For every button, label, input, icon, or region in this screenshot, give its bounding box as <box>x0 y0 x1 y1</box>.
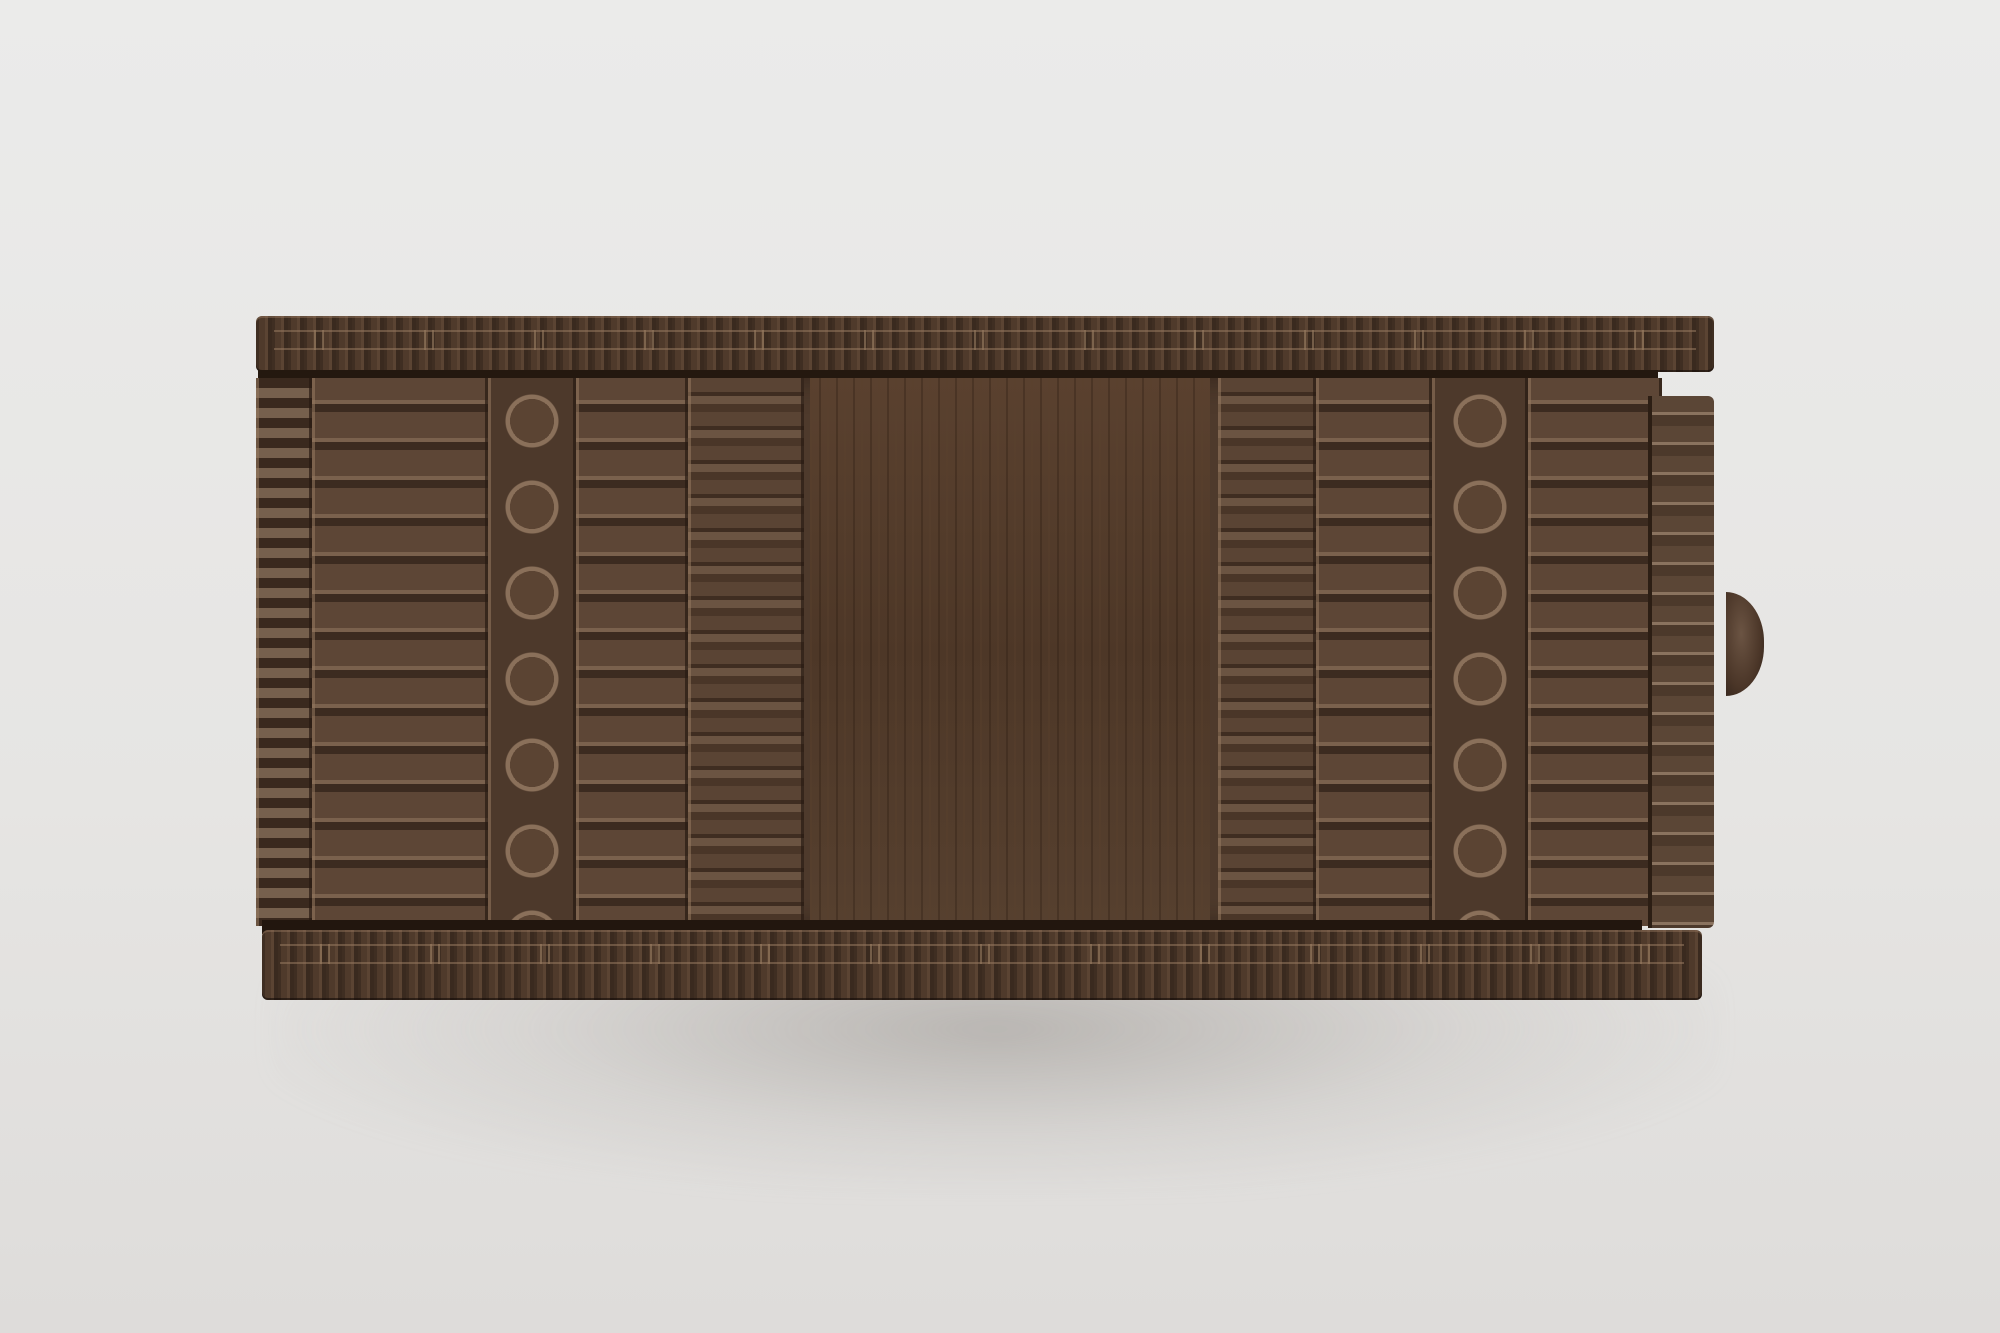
top-rail <box>256 316 1714 372</box>
plain-center-panel <box>810 378 1210 926</box>
bottom-rail <box>262 930 1702 1000</box>
glyph-band <box>688 378 804 926</box>
circle-band <box>488 378 576 926</box>
circle-band <box>1432 378 1528 926</box>
leaf-band <box>576 378 688 926</box>
carved-wooden-box <box>0 0 2000 1333</box>
leaf-band <box>312 378 488 926</box>
checker-band <box>256 378 312 926</box>
sliding-lid <box>256 378 1656 926</box>
leaf-band <box>1528 378 1662 926</box>
knob-peg <box>1726 592 1764 696</box>
glyph-band <box>1218 378 1316 926</box>
leaf-band <box>1316 378 1432 926</box>
end-piece <box>1648 396 1714 928</box>
